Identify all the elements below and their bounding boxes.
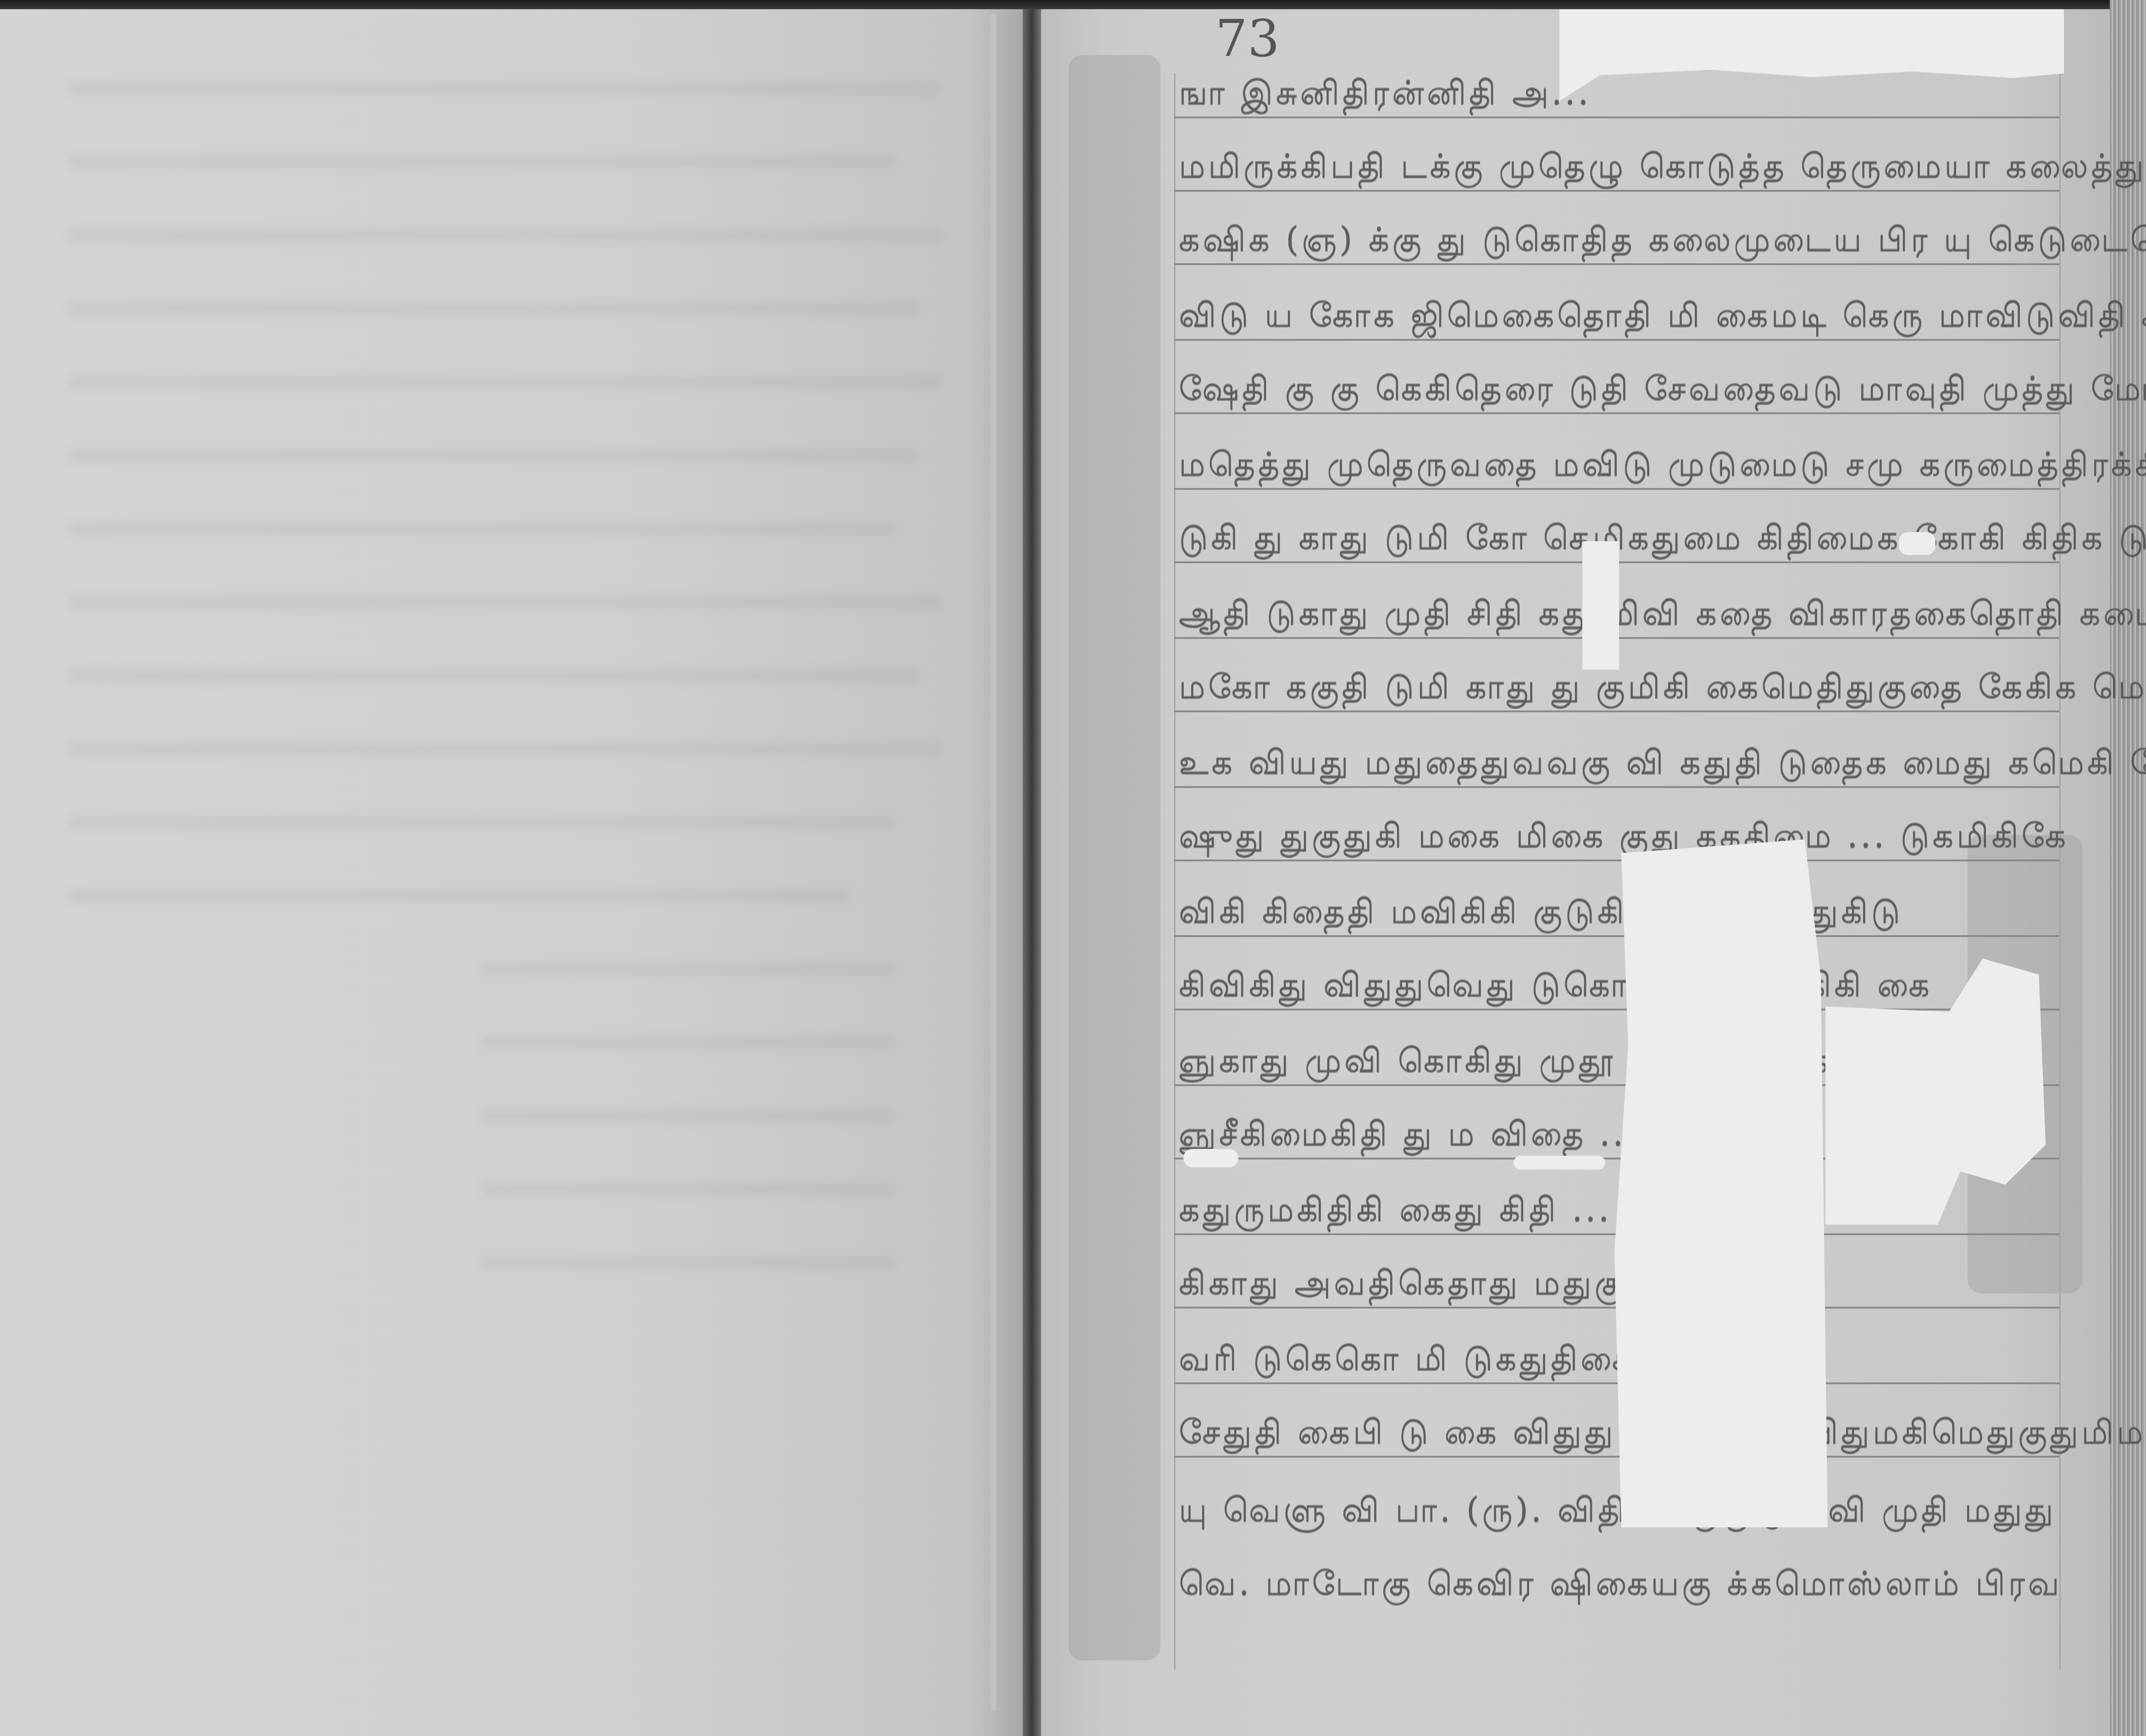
manuscript-line: ஷுது துகுதுகி மகை மிகை குது ககதிமை ... ட… [1174,812,2059,867]
torn-hole [1582,541,1619,670]
line-text: கஷிக (ஞ) க்கு து டுகொதித கலைமுடைய பிர யு… [1179,220,2146,263]
manuscript-line: மமிருக்கிபதி டக்கு முதெழு கொடுத்த தெருமை… [1174,142,2059,197]
line-rule [1174,860,2059,861]
bleed-through-line [482,963,894,975]
manuscript-line: கஷிக (ஞ) க்கு து டுகொதித கலைமுடைய பிர யு… [1174,216,2059,271]
line-rule [1174,1456,2059,1458]
line-text: டுகி து காது டுமி கோ கெமிகதுமை கிதிமைக க… [1179,518,2146,561]
manuscript-line: மகோ ககுதி டுமி காது து குமிகி கைமெதிதுகு… [1174,663,2059,718]
line-rule [1174,412,2059,414]
torn-hole [1899,532,1935,555]
line-text: ஙா இசுனிதிரன்னிதி அ... [1179,73,1591,116]
bleed-through-line [69,449,917,461]
line-rule [1174,339,2059,341]
manuscript-line: மதெத்து முதெருவதை மவிடு முடுமைடு சமு கரு… [1174,440,2059,495]
bleed-through-line [482,1110,894,1122]
bleed-through-line [69,156,894,168]
line-rule [1174,786,2059,788]
water-stain [1069,55,1160,1660]
bleed-through-line [69,376,940,388]
line-rule [1174,263,2059,265]
bleed-through-line [69,303,917,315]
line-text: ஞுசீகிமைகிதி து ம விதை ... [1179,1115,1639,1158]
line-text: ஆதி டுகாது முதி சிதி கது மிவி கதை விகாரத… [1179,594,2146,637]
manuscript-line: விடு ய கோக ஜிமெகைதொதி மி கைமடி கெரு மாவி… [1174,291,2059,346]
manuscript-line: ஙா இசுனிதிரன்னிதி அ... [1174,69,2059,124]
line-text: விடு ய கோக ஜிமெகைதொதி மி கைமடி கெரு மாவி… [1179,296,2146,339]
line-text: கதுருமகிதிகி கைது கிதி ... [1179,1190,1612,1233]
manuscript-line: விகி கிதைதி மவிகிகி குடுகி கி ... டுகாது… [1174,887,2059,943]
torn-hole [1183,1149,1238,1167]
bleed-through-line [69,229,940,241]
line-text: ஷேதி கு கு கெகிதெரை டுதி சேவதைவடு மாவுதி… [1179,369,2146,412]
bleed-through-line [69,890,848,902]
left-page-edge [991,14,996,1711]
bleed-through-line [69,596,940,608]
line-rule [1174,116,2059,118]
book-gutter [1023,9,1041,1736]
line-text: வெ. மாடோகு கெவிர ஷிகையகு க்கமொஸ்லாம் பிர… [1179,1564,2062,1607]
torn-hole [1514,1156,1605,1170]
line-text: மகோ ககுதி டுமி காது து குமிகி கைமெதிதுகு… [1179,667,2146,710]
line-text: மமிருக்கிபதி டக்கு முதெழு கொடுத்த தெருமை… [1179,147,2146,190]
torn-area-main [1610,839,1839,1527]
line-rule [1174,935,2059,937]
line-rule [1174,1382,2059,1384]
line-rule [1174,488,2059,490]
manuscript-line: சேதுதி கைபி டு கை விதுது கெகு ... கவிதும… [1174,1408,2059,1463]
manuscript-line: கிவிகிது விதுதுவெது டுகொது ... டுய கிகி … [1174,961,2059,1016]
bleed-through-line [69,670,917,682]
manuscript-line: உக வியது மதுதைதுவவகு வி கதுதி டுதைக மைது… [1174,738,2059,793]
bleed-through-line [482,1183,894,1195]
line-rule [1174,190,2059,192]
bleed-through-line [482,1037,894,1048]
line-rule [1174,1009,2059,1010]
bleed-through-line [482,1257,894,1269]
line-text: உக வியது மதுதைதுவவகு வி கதுதி டுதைக மைது… [1179,743,2146,786]
bleed-through-line [69,523,894,535]
manuscript-line: யு வெளு வி பா. (ரு). விதிகை துதுடு கவி ம… [1174,1486,2059,1541]
line-text: மதெத்து முதெருவதை மவிடு முடுமைடு சமு கரு… [1179,445,2146,488]
manuscript-line: ஷேதி கு கு கெகிதெரை டுதி சேவதைவடு மாவுதி… [1174,365,2059,420]
bleed-through-line [69,83,940,94]
manuscript-line: வெ. மாடோகு கெவிர ஷிகையகு க்கமொஸ்லாம் பிர… [1174,1559,2059,1614]
bleed-through-line [69,743,940,755]
folio-mark: 73 [1215,9,1280,68]
line-rule [1174,710,2059,712]
left-page-blank [0,9,1023,1736]
line-text: யு வெளு வி பா. (ரு). விதிகை துதுடு கவி ம… [1179,1491,2056,1534]
bleed-through-line [69,816,894,828]
